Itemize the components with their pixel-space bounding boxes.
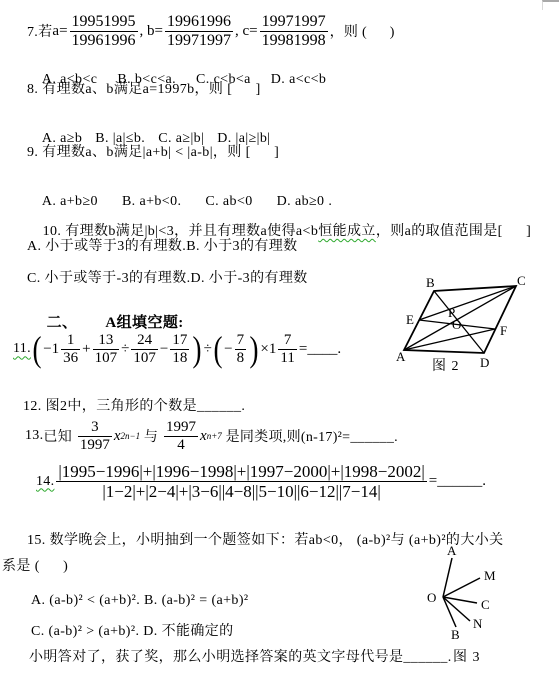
plus-op: + — [82, 341, 90, 358]
question-13: 13.已知 31997x2n−1 与 19974xn+7 是同类项,则(n-17… — [25, 419, 398, 454]
figure-3-caption: 图 3 — [453, 646, 481, 666]
q10-spellcheck-phrase: 恒能成立 — [318, 224, 376, 239]
q13-tail: 是同类项,则(n-17)²=______. — [226, 426, 398, 446]
q13-number: 13. — [25, 428, 43, 444]
fig2-label-e: E — [406, 312, 414, 327]
fig3-label-n: N — [473, 616, 483, 631]
figure-2-caption: 图 2 — [432, 355, 460, 375]
figure3-svg: A M O C N B — [424, 545, 536, 645]
question-15-closing: 小明答对了，获了奖，那么小明选择答案的英文字母代号是______. — [29, 649, 452, 666]
q11-number: 11. — [13, 341, 31, 357]
page-frame-corner — [542, 0, 559, 10]
fig2-label-f: F — [500, 323, 507, 338]
fraction: |1995−1996|+|1996−1998|+|1997−2000|+|199… — [56, 462, 426, 501]
figure-2: B C A D E F P O — [396, 274, 531, 375]
answer-blank: ______ — [437, 473, 482, 490]
period: . — [482, 473, 486, 490]
question-14: 14.|1995−1996|+|1996−1998|+|1997−2000|+|… — [36, 462, 486, 501]
q13-lead: 已知 — [43, 426, 72, 446]
question-7-stem: 7.若a=1995199519961996, b=199619961997199… — [27, 13, 395, 50]
fig3-label-c: C — [481, 597, 490, 612]
minus-op: − — [160, 341, 168, 358]
open-paren: ( — [32, 335, 41, 363]
fig3-label-b: B — [451, 627, 460, 642]
fraction: 136 — [61, 332, 80, 367]
question-10-options-cd: C. 小于或等于-3的有理数.D. 小于-3的有理数 — [27, 270, 308, 287]
fig2-label-a: A — [396, 349, 406, 364]
question-15-line2: 系是 ( ) — [2, 558, 68, 575]
q7-sep2: , c= — [235, 23, 258, 40]
times-op: ×1 — [260, 341, 276, 358]
equals-sign: = — [429, 473, 437, 490]
q7-tail: ，则 ( ) — [330, 21, 395, 41]
answer-blank: ____ — [307, 341, 337, 358]
divide-op: ÷ — [121, 341, 129, 358]
fraction: 24107 — [131, 332, 158, 367]
fraction: 1997199719981998 — [260, 13, 328, 50]
variable-x: x — [114, 428, 121, 445]
q13-mid: 与 — [144, 426, 158, 446]
divide-op: ÷ — [204, 341, 212, 358]
exponent: n+7 — [207, 431, 222, 441]
q11-neg1: −1 — [43, 341, 59, 358]
q14-number: 14. — [36, 474, 54, 490]
open-paren: ( — [213, 335, 222, 363]
question-8-stem: 8. 有理数a、b满足a=1997b，则 [ ] — [27, 81, 261, 98]
fig3-label-a: A — [447, 545, 457, 558]
fraction: 31997 — [78, 419, 112, 454]
close-paren: ) — [193, 335, 202, 363]
fraction: 1995199519961996 — [70, 13, 138, 50]
fraction: 1718 — [170, 332, 189, 367]
q10-pre: 10. 有理数b满足|b|<3，并且有理数a使得a<b — [43, 224, 319, 239]
q11-neg2: − — [224, 341, 232, 358]
question-10-options-ab: A. 小于或等于3的有理数.B. 小于3的有理数 — [27, 238, 298, 255]
q7-a: a= — [52, 23, 67, 40]
exponent: 2n−1 — [121, 431, 141, 441]
q10-post: ，则a的取值范围是[ ] — [376, 224, 531, 239]
close-paren: ) — [250, 335, 259, 363]
fig2-label-d: D — [480, 355, 489, 370]
fig2-label-b: B — [426, 275, 435, 290]
question-11: 11.(−1136+13107÷24107−1718)÷(−78)×1711=_… — [13, 332, 341, 367]
fraction: 711 — [278, 332, 296, 367]
worksheet-page: 7.若a=1995199519961996, b=199619961997199… — [0, 0, 559, 673]
fig2-label-o: O — [452, 317, 461, 332]
period: . — [337, 341, 341, 358]
figure-3: A M O C N B — [424, 545, 536, 650]
section-number: 二、 — [47, 315, 78, 331]
q7-lead: 7.若 — [27, 21, 52, 41]
fig3-label-o: O — [427, 590, 436, 605]
fig3-label-m: M — [484, 568, 496, 583]
section-title: A组填空题: — [105, 315, 183, 331]
figure2-svg: B C A D E F P O — [396, 274, 531, 370]
question-12-stem: 12. 图2中，三角形的个数是______. — [23, 398, 245, 415]
option: D. a<c<b — [271, 72, 327, 87]
fraction: 19974 — [164, 419, 198, 454]
question-15-options-ab: A. (a-b)² < (a+b)². B. (a-b)² = (a+b)² — [31, 592, 249, 609]
fig2-label-c: C — [517, 274, 526, 288]
fraction: 78 — [235, 332, 247, 367]
fraction: 13107 — [93, 332, 120, 367]
variable-x: x — [200, 428, 207, 445]
q7-sep1: , b= — [140, 23, 163, 40]
fraction: 1996199619971997 — [165, 13, 233, 50]
question-9-stem: 9. 有理数a、b满足|a+b| < |a-b|，则 [ ] — [27, 144, 279, 161]
question-15-options-cd: C. (a-b)² > (a+b)². D. 不能确定的 — [31, 623, 234, 640]
